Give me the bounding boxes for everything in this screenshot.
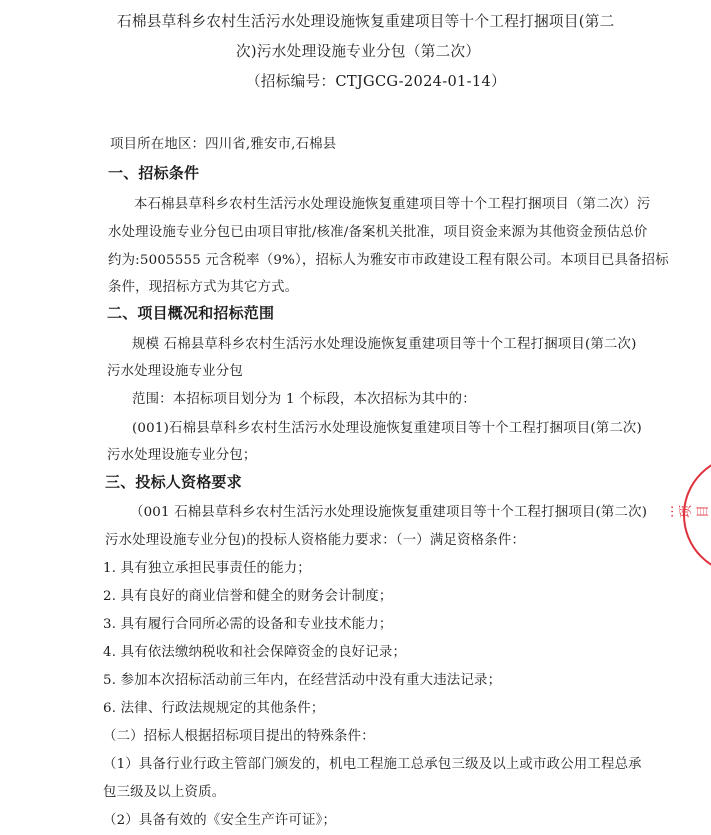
special-conditions-heading: （二）招标人根据招标项目提出的特殊条件：: [103, 729, 375, 745]
paragraph-line: （001 石棉县草科乡农村生活污水处理设施恢复重建项目等十个工程打捆项目(第二次…: [130, 505, 647, 521]
paragraph-line: 水处理设施专业分包已由项目审批/核准/备案机关批准，项目资金来源为其他资金预估总…: [108, 225, 647, 241]
official-seal-text: …项目管…: [661, 502, 711, 518]
special-condition-item: 包三级及以上资质。: [103, 785, 225, 801]
special-condition-item: （2）具备有效的《安全生产许可证》；: [103, 813, 336, 829]
project-region: 项目所在地区：四川省,雅安市,石棉县: [110, 137, 336, 153]
section-heading-bidding-conditions: 一、招标条件: [108, 165, 199, 181]
requirement-item: 6. 法律、行政法规规定的其他条件；: [103, 701, 325, 717]
paragraph-line: 污水处理设施专业分包)的投标人资格能力要求：（一）满足资格条件：: [105, 533, 525, 549]
requirement-item: 4. 具有依法缴纳税收和社会保障资金的良好记录；: [103, 645, 406, 661]
document-page: 石棉县草科乡农村生活污水处理设施恢复重建项目等十个工程打捆项目(第二 次)污水处…: [0, 0, 711, 835]
document-title-line-1: 石棉县草科乡农村生活污水处理设施恢复重建项目等十个工程打捆项目(第二: [117, 14, 615, 30]
requirement-item: 5. 参加本次招标活动前三年内，在经营活动中没有重大违法记录；: [103, 673, 501, 689]
paragraph-line: 本石棉县草科乡农村生活污水处理设施恢复重建项目等十个工程打捆项目（第二次）污: [134, 197, 650, 213]
paragraph-line: 约为:5005555 元含税率（9%），招标人为雅安市市政建设工程有限公司。本项…: [108, 253, 669, 269]
document-title-line-2: 次)污水处理设施专业分包（第二次）: [236, 44, 480, 60]
requirement-item: 2. 具有良好的商业信誉和健全的财务会计制度；: [103, 589, 392, 605]
tender-number: （招标编号：CTJGCG-2024-01-14）: [246, 74, 506, 90]
requirement-item: 1. 具有独立承担民事责任的能力；: [103, 561, 311, 577]
requirement-item: 3. 具有履行合同所必需的设备和专业技术能力；: [103, 617, 392, 633]
paragraph-line: 规模 石棉县草科乡农村生活污水处理设施恢复重建项目等十个工程打捆项目(第二次): [132, 337, 637, 353]
section-heading-project-overview: 二、项目概况和招标范围: [107, 305, 274, 321]
special-condition-item: （1）具备行业行政主管部门颁发的，机电工程施工总承包三级及以上或市政公用工程总承: [103, 757, 642, 773]
paragraph-line: 范围：本招标项目划分为 1 个标段，本次招标为其中的：: [132, 392, 476, 408]
paragraph-line: 污水处理设施专业分包；: [107, 448, 257, 464]
paragraph-line: (001)石棉县草科乡农村生活污水处理设施恢复重建项目等十个工程打捆项目(第二次…: [132, 421, 642, 437]
paragraph-line: 条件，现招标方式为其它方式。: [108, 280, 298, 296]
paragraph-line: 污水处理设施专业分包: [107, 364, 243, 380]
section-heading-bidder-qualifications: 三、投标人资格要求: [105, 474, 242, 490]
